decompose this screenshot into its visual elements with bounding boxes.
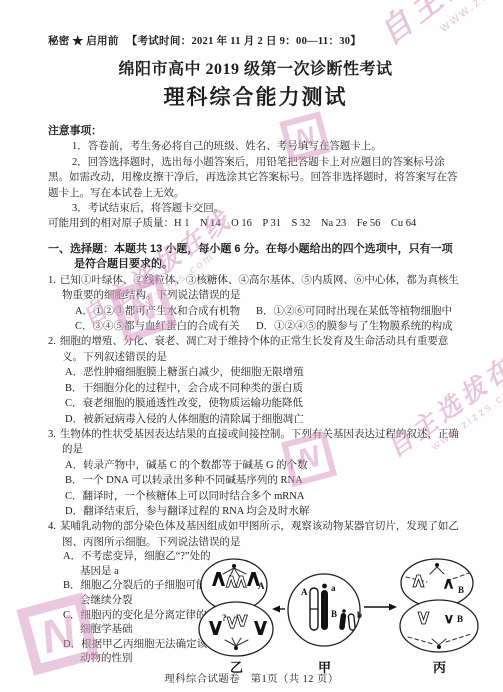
notice-item-2: 2．回答选择题时，选出每小题答案后，用铅笔把答题卡上对应题目的答案标号涂黑。如需… (48, 155, 463, 201)
question-1-number: 1. (48, 275, 60, 286)
notice-item-3: 3．考试结束后，将答题卡交回。 (48, 201, 463, 216)
question-3-option-a: A．转录产物中，碱基 C 的个数都等于碱基 G 的个数 (48, 458, 463, 473)
gene-label-B-bing-bottom: B (457, 614, 463, 624)
gene-label-B-jia: B (331, 609, 337, 619)
question-2-options: A．恶性肿瘤细胞膜上糖蛋白减少，使细胞无限增殖 B．干细胞分化的过程中，会合成不… (48, 365, 463, 427)
question-1-option-a: A．①②③都可产生水和合成有机物 (75, 304, 256, 319)
security-note: 秘密 ★ 启用前 (48, 36, 119, 47)
question-2-stem: 2.细胞的增殖、分化、衰老、凋亡对于维持个体的正常生长发育及生命活动具有重要意义… (48, 334, 463, 365)
question-1-stem: 1.已知①叶绿体、②线粒体、③核糖体、④高尔基体、⑤内质网、⑥中心体，都为真核生… (48, 273, 463, 304)
gene-label-b-jia: b (357, 610, 362, 620)
cell-label-bing: 丙 (433, 660, 446, 675)
question-2: 2.细胞的增殖、分化、衰老、凋亡对于维持个体的正常生长发育及生命活动具有重要意义… (48, 334, 463, 426)
question-3-number: 3. (48, 429, 60, 440)
question-4-stem: 4.某哺乳动物的部分染色体及基因组成如甲图所示，观察该动物某器官切片，发现了如乙… (48, 519, 463, 550)
cell-bing-drawing: B B 丙 (400, 559, 478, 675)
question-4: 4.某哺乳动物的部分染色体及基因组成如甲图所示，观察该动物某器官切片，发现了如乙… (48, 519, 463, 667)
gene-label-A-yi: A (258, 581, 265, 591)
question-1-option-d: D．①②④⑤的膜参与了生物膜系统的构成 (256, 319, 463, 334)
question-2-number: 2. (48, 336, 60, 347)
section-heading: 一、选择题：本题共 13 小题，每小题 6 分。在每小题给出的四个选项中，只有一… (48, 242, 463, 273)
atomic-mass-line: 可能用到的相对原子质量：H 1 N 14 O 16 P 31 S 32 Na 2… (48, 216, 463, 231)
meiosis-cells-figure: A ? 乙 (194, 555, 503, 677)
arrow-jia-to-yi (272, 606, 285, 613)
exam-title: 绵阳市高中 2019 级第一次诊断性考试 (48, 56, 463, 79)
question-3-option-d: D．翻译结束后，参与翻译过程的 RNA 均会及时水解 (48, 504, 463, 519)
question-4-text: 某哺乳动物的部分染色体及基因组成如甲图所示，观察该动物某器官切片，发现了如乙图、… (60, 521, 459, 547)
header-note: 秘密 ★ 启用前【考试时间：2021 年 11 月 2 日 9：00—11：30… (48, 33, 463, 48)
question-mark-label: ? (222, 613, 227, 623)
question-3-stem: 3.生物体的性状受基因表达结果的直接或间接控制。下列有关基因表达过程的叙述，正确… (48, 427, 463, 458)
notice-item-1: 1．答卷前，考生务必将自己的班级、姓名、考号填写在答题卡上。 (48, 139, 463, 154)
question-1-option-b: B．①②⑥可同时出现在某低等植物细胞中 (256, 304, 463, 319)
question-4-number: 4. (48, 521, 60, 532)
notice-heading: 注意事项： (48, 124, 463, 139)
question-2-option-b: B．干细胞分化的过程中，会合成不同种类的蛋白质 (48, 381, 463, 396)
question-2-text: 细胞的增殖、分化、衰老、凋亡对于维持个体的正常生长发育及生命活动具有重要意义。下… (60, 336, 449, 362)
question-1-option-c: C．③④⑤都与血红蛋白的合成有关 (75, 319, 256, 334)
question-1: 1.已知①叶绿体、②线粒体、③核糖体、④高尔基体、⑤内质网、⑥中心体，都为真核生… (48, 273, 463, 335)
cell-jia-drawing: A a B b 甲 (288, 574, 362, 675)
question-3: 3.生物体的性状受基因表达结果的直接或间接控制。下列有关基因表达过程的叙述，正确… (48, 427, 463, 519)
notice-block: 注意事项： 1．答卷前，考生务必将自己的班级、姓名、考号填写在答题卡上。 2．回… (48, 124, 463, 232)
gene-label-A-jia: A (301, 587, 308, 597)
question-3-text: 生物体的性状受基因表达结果的直接或间接控制。下列有关基因表达过程的叙述，正确的是 (60, 429, 459, 455)
gene-label-B-bing-top: B (458, 585, 464, 595)
exam-paper-page: 秘密 ★ 启用前【考试时间：2021 年 11 月 2 日 9：00—11：30… (0, 0, 503, 692)
cell-yi-drawing: A ? 乙 (199, 559, 273, 675)
question-4-options: A．不考虑变异，细胞乙“?”处的基因是 a B．细胞乙分裂后的子细胞可能会继续分… (48, 550, 216, 667)
question-1-options-row-1: A．①②③都可产生水和合成有机物 B．①②⑥可同时出现在某低等植物细胞中 (48, 304, 463, 319)
question-3-options: A．转录产物中，碱基 C 的个数都等于碱基 G 的个数 B．一个 DNA 可以转… (48, 458, 463, 520)
paper-content: 秘密 ★ 启用前【考试时间：2021 年 11 月 2 日 9：00—11：30… (0, 0, 503, 692)
question-1-options-row-2: C．③④⑤都与血红蛋白的合成有关 D．①②④⑤的膜参与了生物膜系统的构成 (48, 319, 463, 334)
question-2-option-a: A．恶性肿瘤细胞膜上糖蛋白减少，使细胞无限增殖 (48, 365, 463, 380)
gene-label-a-jia: a (331, 583, 336, 593)
question-2-option-c: C．衰老细胞的膜通透性改变，使物质运输功能降低 (48, 396, 463, 411)
question-3-option-b: B．一个 DNA 可以转录出多种不同碱基序列的 RNA (48, 473, 463, 488)
exam-subtitle: 理科综合能力测试 (48, 81, 463, 111)
arrow-jia-to-bing (364, 604, 397, 611)
exam-time-note: 【考试时间：2021 年 11 月 2 日 9：00—11：30】 (127, 36, 362, 47)
cell-label-jia: 甲 (318, 660, 331, 675)
cell-label-yi: 乙 (230, 660, 243, 675)
question-1-text: 已知①叶绿体、②线粒体、③核糖体、④高尔基体、⑤内质网、⑥中心体，都为真核生物重… (60, 275, 459, 301)
question-2-option-d: D．被新冠病毒入侵的人体细胞的清除属于细胞凋亡 (48, 412, 463, 427)
question-3-option-c: C．翻译时，一个核糖体上可以同时结合多个 mRNA (48, 489, 463, 504)
